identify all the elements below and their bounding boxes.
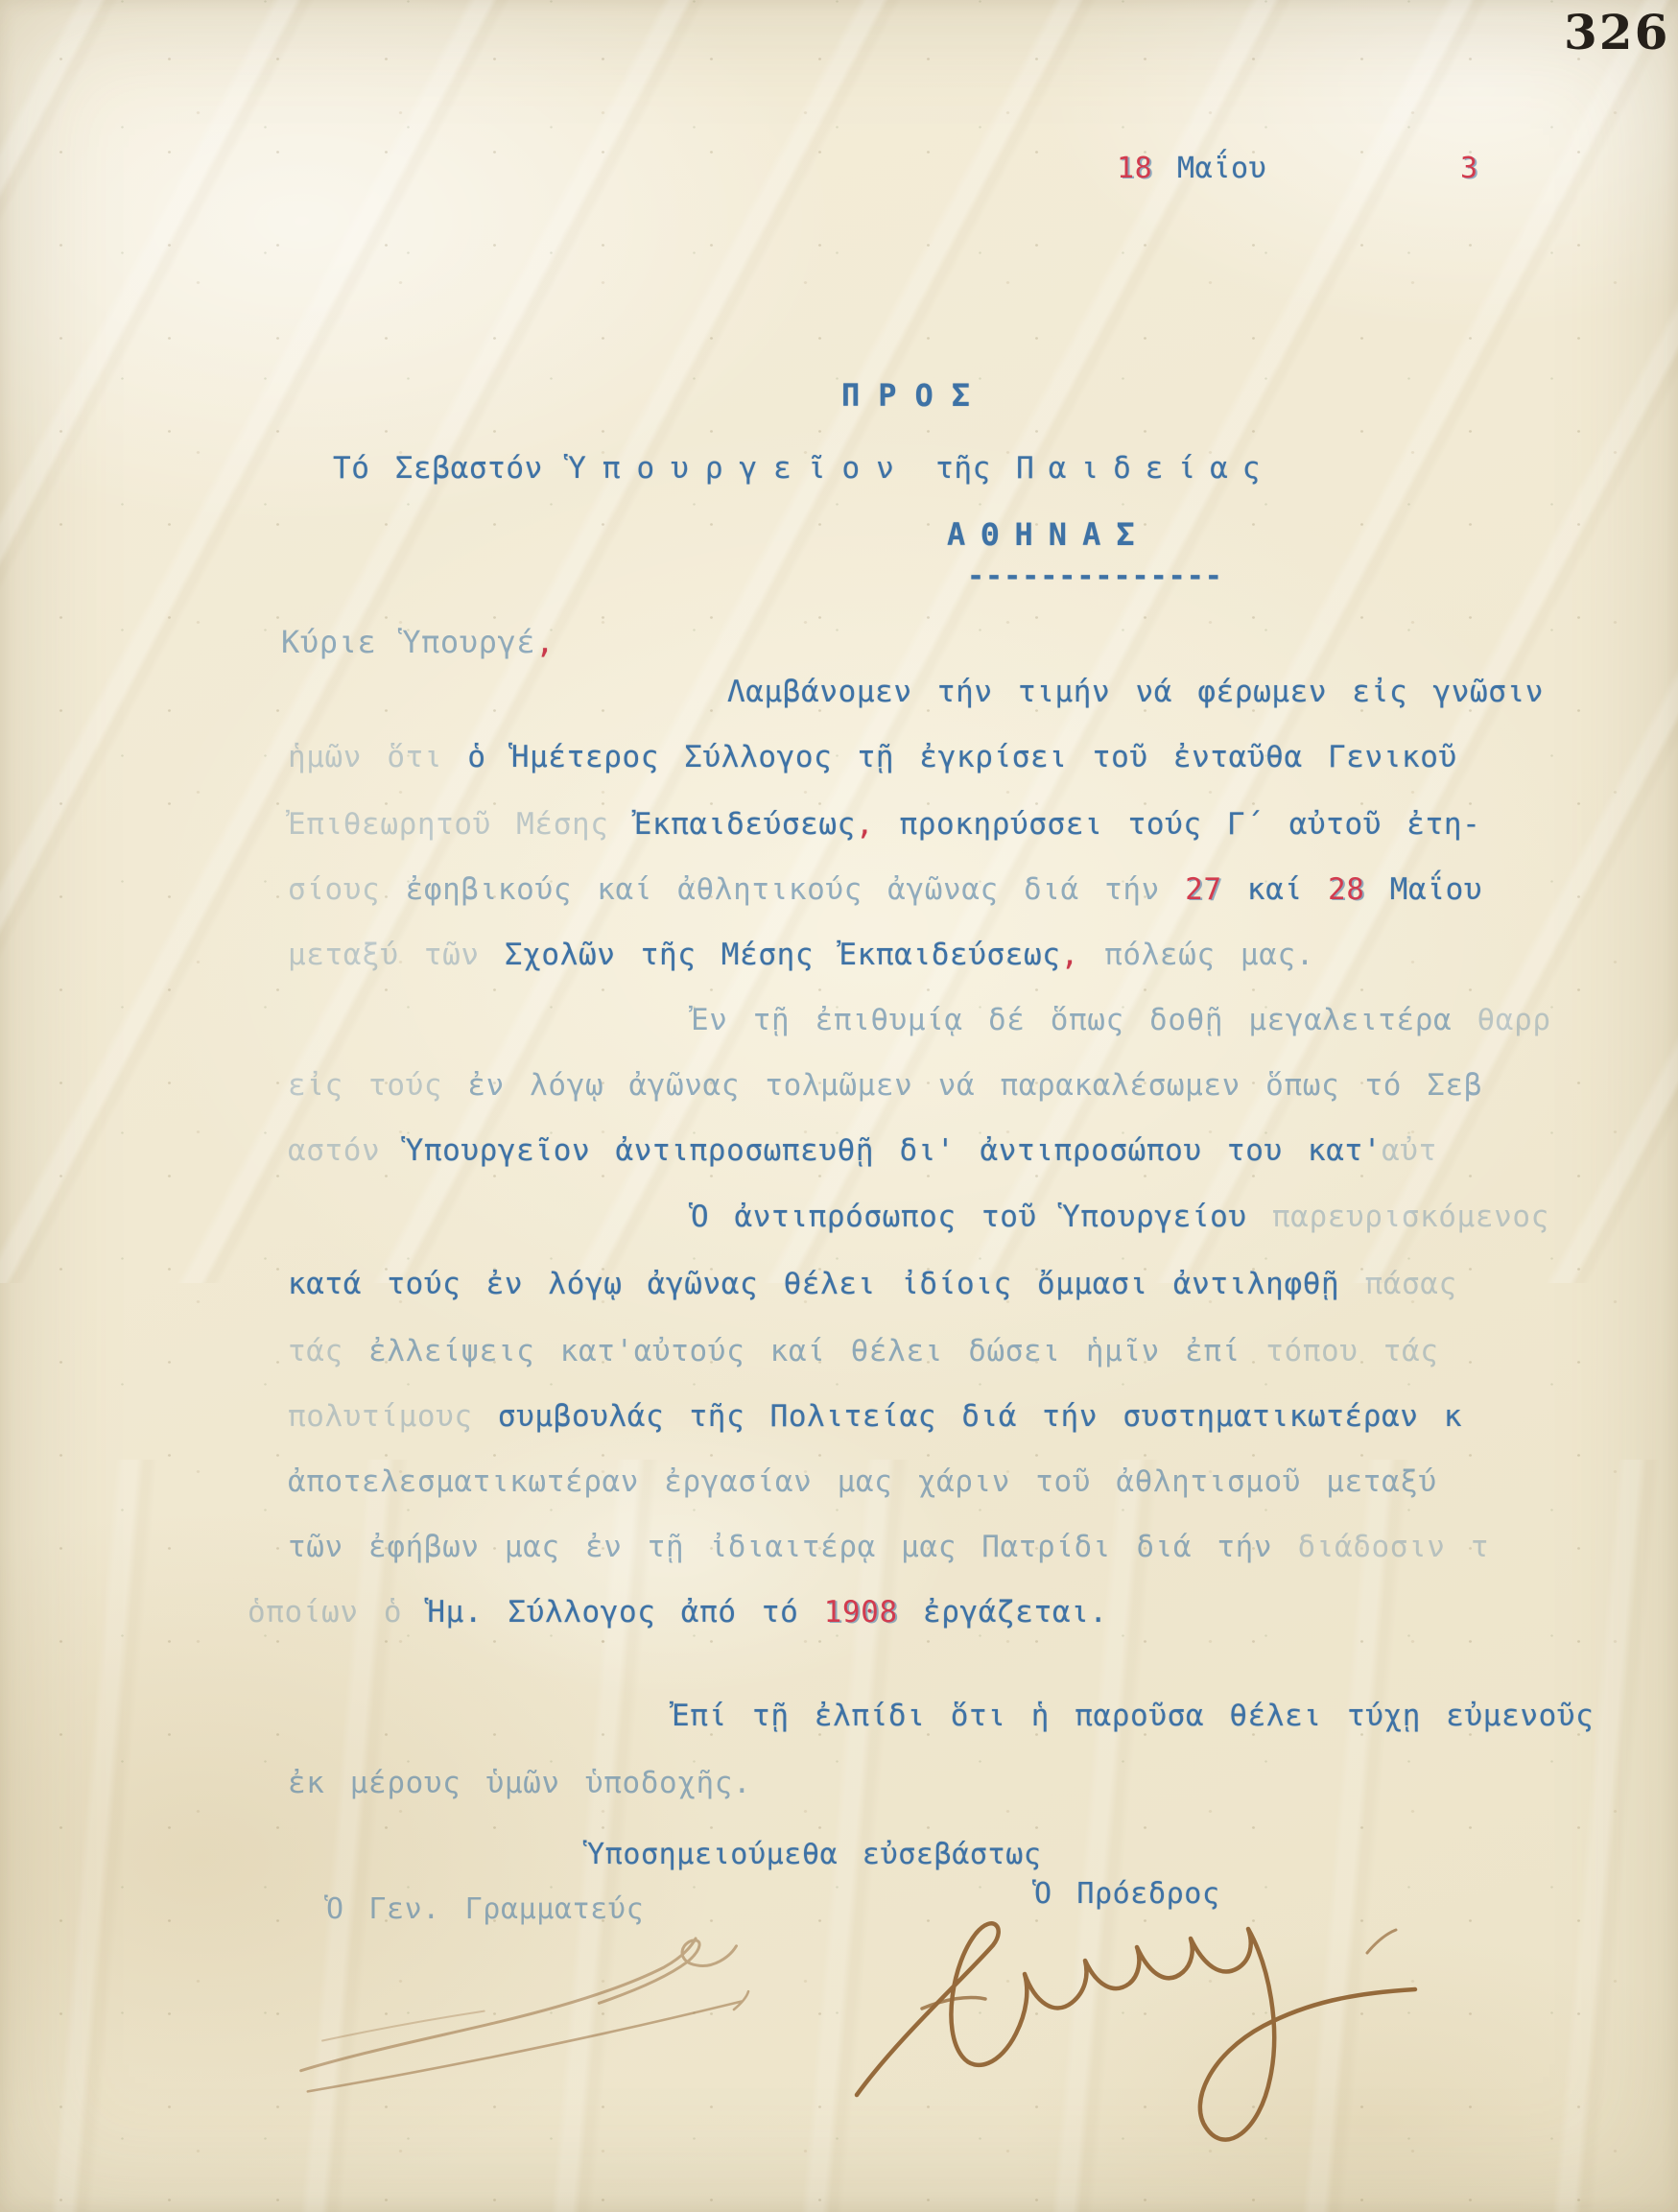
body-segment: ,: [856, 807, 874, 842]
body-segment: Ἐπιθεωρητοῦ Μέσης: [288, 807, 634, 842]
body-segment: ,: [1061, 938, 1079, 972]
body-segment: καί: [1222, 872, 1328, 907]
body-segment: Σχολῶν τῆς Μέσης Ἐκπαιδεύσεως: [505, 938, 1061, 972]
salutation-comma: ,: [535, 624, 555, 660]
body-segment: εἰς τούς: [288, 1068, 467, 1103]
body-line: Ἐπί τῇ ἐλπίδι ὅτι ἡ παροῦσα θέλει τύχῃ ε…: [672, 1699, 1594, 1733]
body-segment: ἐφηβικούς καί ἀθλητικούς ἀγῶνας διά τήν: [406, 872, 1186, 907]
divider-dashes: --------------: [967, 559, 1223, 593]
body-segment: ὁ Ἡμέτερος Σύλλογος τῇ ἐγκρίσει τοῦ ἐντα…: [467, 740, 1456, 774]
page-number: 326: [1564, 4, 1669, 60]
addressee-department: Παιδείας: [1016, 451, 1274, 486]
addressee-ministry: Ὑπουργεῖον: [568, 451, 910, 486]
body-line: κατά τούς ἐν λόγῳ ἀγῶνας θέλει ἰδίοις ὄμ…: [288, 1267, 1457, 1301]
body-line: ἡμῶν ὅτι ὁ Ἡμέτερος Σύλλογος τῇ ἐγκρίσει…: [288, 740, 1457, 774]
body-segment: αστόν: [288, 1133, 406, 1168]
body-segment: τόπου τάς: [1265, 1334, 1438, 1368]
body-segment: ἡμῶν ὅτι: [288, 740, 467, 774]
body-segment: ἐν λόγῳ ἀγῶνας τολμῶμεν νά παρακαλέσωμεν…: [467, 1068, 1482, 1103]
body-segment: ἐργάζεται.: [898, 1595, 1108, 1629]
president-signature: [830, 1886, 1444, 2202]
body-segment: Ἡμ. Σύλλογος ἀπό τό: [427, 1595, 823, 1629]
scanned-letter-page: 326 18 Μαΐου 3 ΠΡΟΣ Τό Σεβαστόν Ὑπουργεῖ…: [0, 0, 1678, 2212]
valediction: Ὑποσημειούμεθα εὐσεβάστως: [587, 1838, 1042, 1871]
salutation-text: Κύριε Ὑπουργέ: [281, 624, 535, 660]
body-line: αστόν Ὑπουργεῖον ἀντιπροσωπευθῇ δι' ἀντι…: [288, 1133, 1437, 1168]
body-line: Ὁ ἀντιπρόσωπος τοῦ Ὑπουργείου παρευρισκό…: [691, 1200, 1549, 1234]
body-segment: κατά τούς ἐν λόγῳ ἀγῶνας θέλει ἰδίοις ὄμ…: [288, 1267, 1365, 1301]
addressee-line: Τό Σεβαστόν Ὑπουργεῖον τῆς Παιδείας: [333, 451, 1274, 486]
addressee-article: τῆς: [910, 451, 1016, 486]
body-line: τῶν ἐφήβων μας ἐν τῇ ἰδιαιτέρᾳ μας Πατρί…: [288, 1530, 1489, 1564]
body-line: ἀποτελεσματικωτέραν ἐργασίαν μας χάριν τ…: [288, 1464, 1437, 1499]
body-segment: σίους: [288, 872, 406, 907]
body-segment: αὐτ: [1382, 1133, 1437, 1168]
body-line: Ἐν τῇ ἐπιθυμίᾳ δέ ὅπως δοθῇ μεγαλειτέρα …: [691, 1003, 1551, 1037]
games-date-27: 27: [1185, 872, 1222, 907]
body-segment: ἀποτελεσματικωτέραν ἐργασίαν μας χάριν τ…: [288, 1464, 1437, 1499]
body-line: σίους ἐφηβικούς καί ἀθλητικούς ἀγῶνας δι…: [288, 872, 1482, 907]
body-segment: Ἐκπαιδεύσεως: [634, 807, 856, 842]
body-segment: πόλεώς μας.: [1079, 938, 1314, 972]
date-day: 18: [1117, 152, 1177, 185]
city-line: ΑΘΗΝΑΣ: [947, 516, 1150, 553]
body-line: ὁποίων ὁ Ἡμ. Σύλλογος ἀπό τό 1908 ἐργάζε…: [248, 1595, 1108, 1629]
body-segment: θαρρ: [1477, 1003, 1551, 1037]
body-segment: τάς: [288, 1334, 368, 1368]
body-segment: ἐλλείψεις κατ'αὐτούς καί θέλει δώσει ἡμῖ…: [368, 1334, 1265, 1368]
body-segment: πολυτίμους: [288, 1399, 498, 1434]
body-segment: ὁποίων ὁ: [248, 1595, 427, 1629]
body-segment: ἐκ μέρους ὑμῶν ὑποδοχῆς.: [288, 1766, 751, 1800]
body-line: ἐκ μέρους ὑμῶν ὑποδοχῆς.: [288, 1766, 751, 1800]
founding-year: 1908: [824, 1595, 898, 1629]
body-line: εἰς τούς ἐν λόγῳ ἀγῶνας τολμῶμεν νά παρα…: [288, 1068, 1482, 1103]
salutation: Κύριε Ὑπουργέ,: [281, 624, 555, 660]
secretary-signature: [278, 1902, 787, 2129]
body-segment: μεταξύ τῶν: [288, 938, 505, 972]
body-segment: Ἐπί τῇ ἐλπίδι ὅτι ἡ παροῦσα θέλει τύχῃ ε…: [672, 1699, 1594, 1733]
body-segment: Ὑπουργεῖον ἀντιπροσωπευθῇ δι' ἀντιπροσώπ…: [406, 1133, 1382, 1168]
date-line: 18 Μαΐου: [1117, 152, 1266, 185]
body-segment: Ὁ ἀντιπρόσωπος τοῦ Ὑπουργείου: [691, 1200, 1272, 1234]
body-segment: τῶν ἐφήβων μας ἐν τῇ ἰδιαιτέρᾳ μας Πατρί…: [288, 1530, 1297, 1564]
body-segment: πάσας: [1365, 1267, 1457, 1301]
body-segment: Μαΐου: [1365, 872, 1483, 907]
body-segment: παρευρισκόμενος: [1272, 1200, 1549, 1234]
body-segment: προκηρύσσει τούς Γ΄ αὐτοῦ ἐτη-: [874, 807, 1480, 842]
body-line: πολυτίμους συμβουλάς τῆς Πολιτείας διά τ…: [288, 1399, 1462, 1434]
addressee-lead: Τό Σεβαστόν: [333, 451, 568, 486]
games-date-28: 28: [1328, 872, 1365, 907]
body-line: Ἐπιθεωρητοῦ Μέσης Ἐκπαιδεύσεως, προκηρύσ…: [288, 807, 1480, 842]
date-copy-mark: 3: [1460, 152, 1478, 185]
body-line: Λαμβάνομεν τήν τιμήν νά φέρωμεν εἰς γνῶσ…: [727, 675, 1544, 709]
body-line: μεταξύ τῶν Σχολῶν τῆς Μέσης Ἐκπαιδεύσεως…: [288, 938, 1314, 972]
body-segment: Ἐν τῇ ἐπιθυμίᾳ δέ ὅπως δοθῇ μεγαλειτέρα: [691, 1003, 1477, 1037]
body-segment: διάδοσιν τ: [1297, 1530, 1489, 1564]
date-month: Μαΐου: [1177, 152, 1266, 185]
heading-pros: ΠΡΟΣ: [841, 377, 988, 414]
body-line: τάς ἐλλείψεις κατ'αὐτούς καί θέλει δώσει…: [288, 1334, 1439, 1368]
paper-speckle-texture: [0, 0, 1678, 2212]
body-segment: συμβουλάς τῆς Πολιτείας διά τήν συστηματ…: [498, 1399, 1462, 1434]
